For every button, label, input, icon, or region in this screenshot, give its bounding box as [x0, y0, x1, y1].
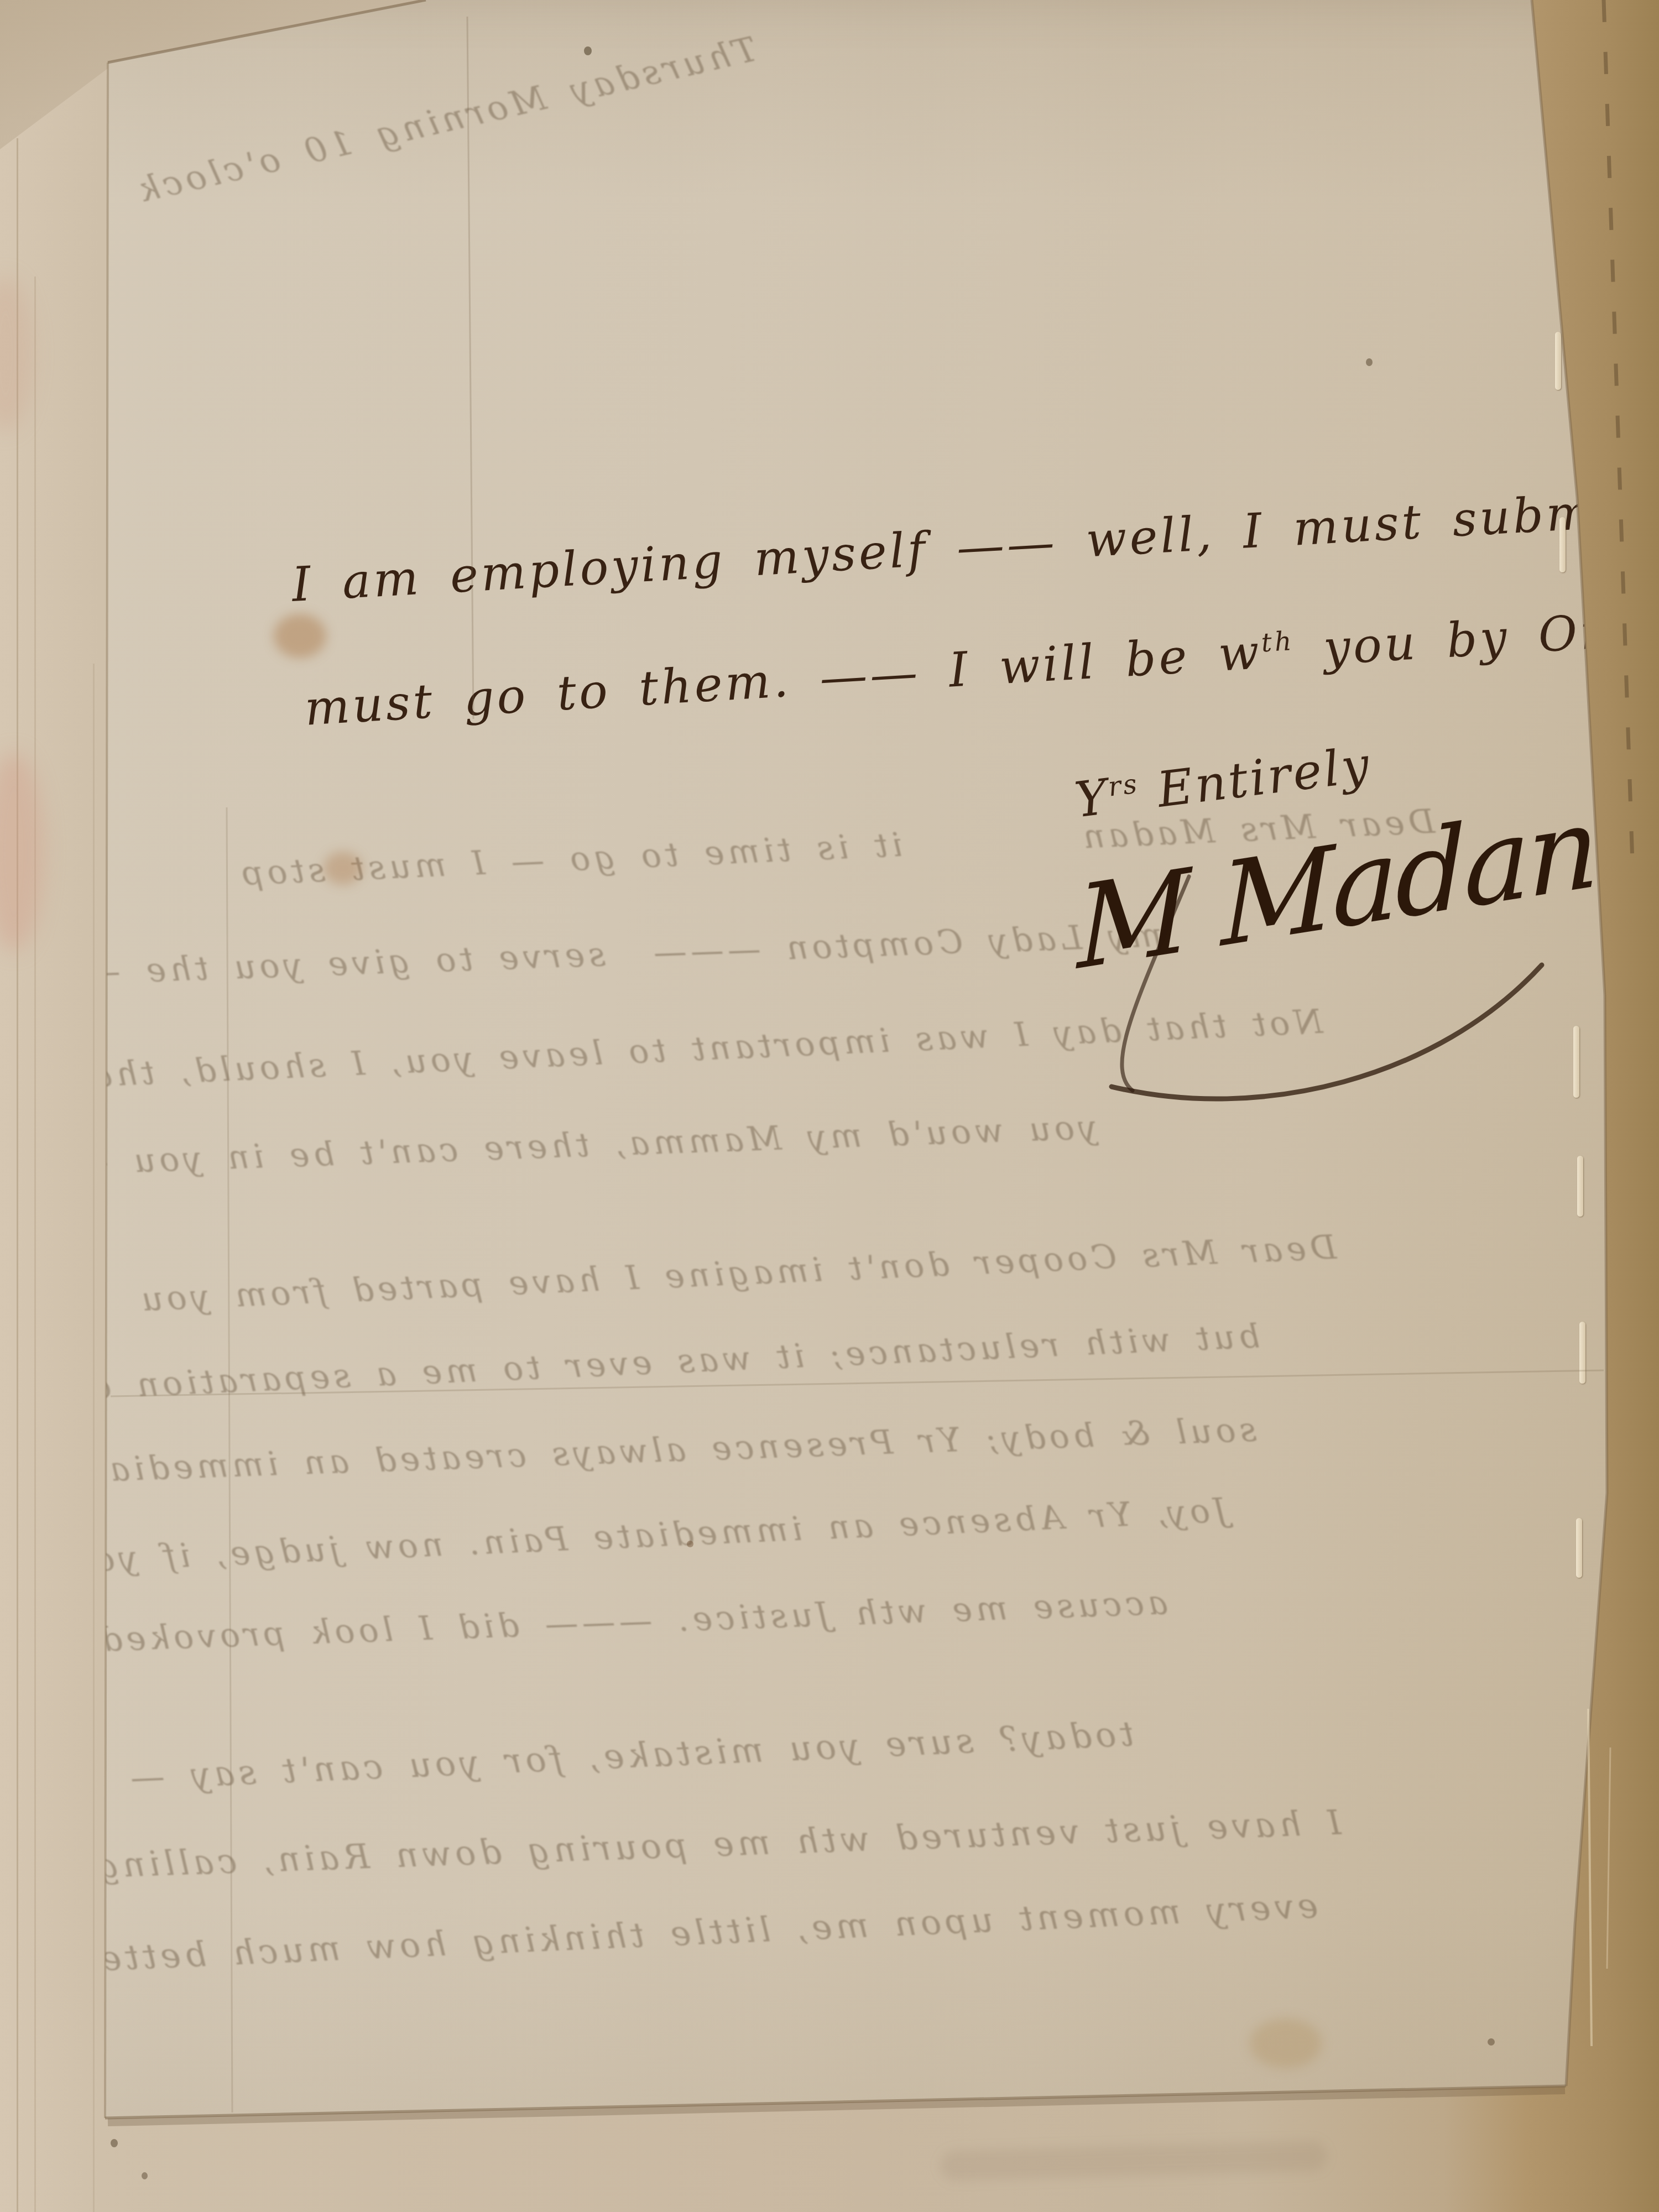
signature-flourish	[1122, 877, 1189, 1091]
photo-of-letter: Thursday Morning 10 o'clock Dear Mrs Mad…	[0, 0, 1659, 2212]
horizontal-crease	[111, 1370, 1604, 1396]
letter-right-edge	[1532, 0, 1607, 2086]
gutter-streak	[1588, 1709, 1592, 2046]
vertical-crease	[227, 807, 232, 2112]
vertical-crease	[467, 17, 473, 719]
gutter-streak	[1607, 1747, 1610, 1969]
edges-and-flourishes	[0, 0, 1659, 2212]
letter-top-edge	[108, 0, 426, 62]
letter-left-edge	[105, 62, 108, 2118]
binding-stitch-line	[1604, 0, 1632, 863]
letter-bottom-shadow	[108, 2090, 1565, 2122]
letter-bottom-edge	[105, 2086, 1566, 2118]
signature-flourish	[1112, 965, 1542, 1099]
